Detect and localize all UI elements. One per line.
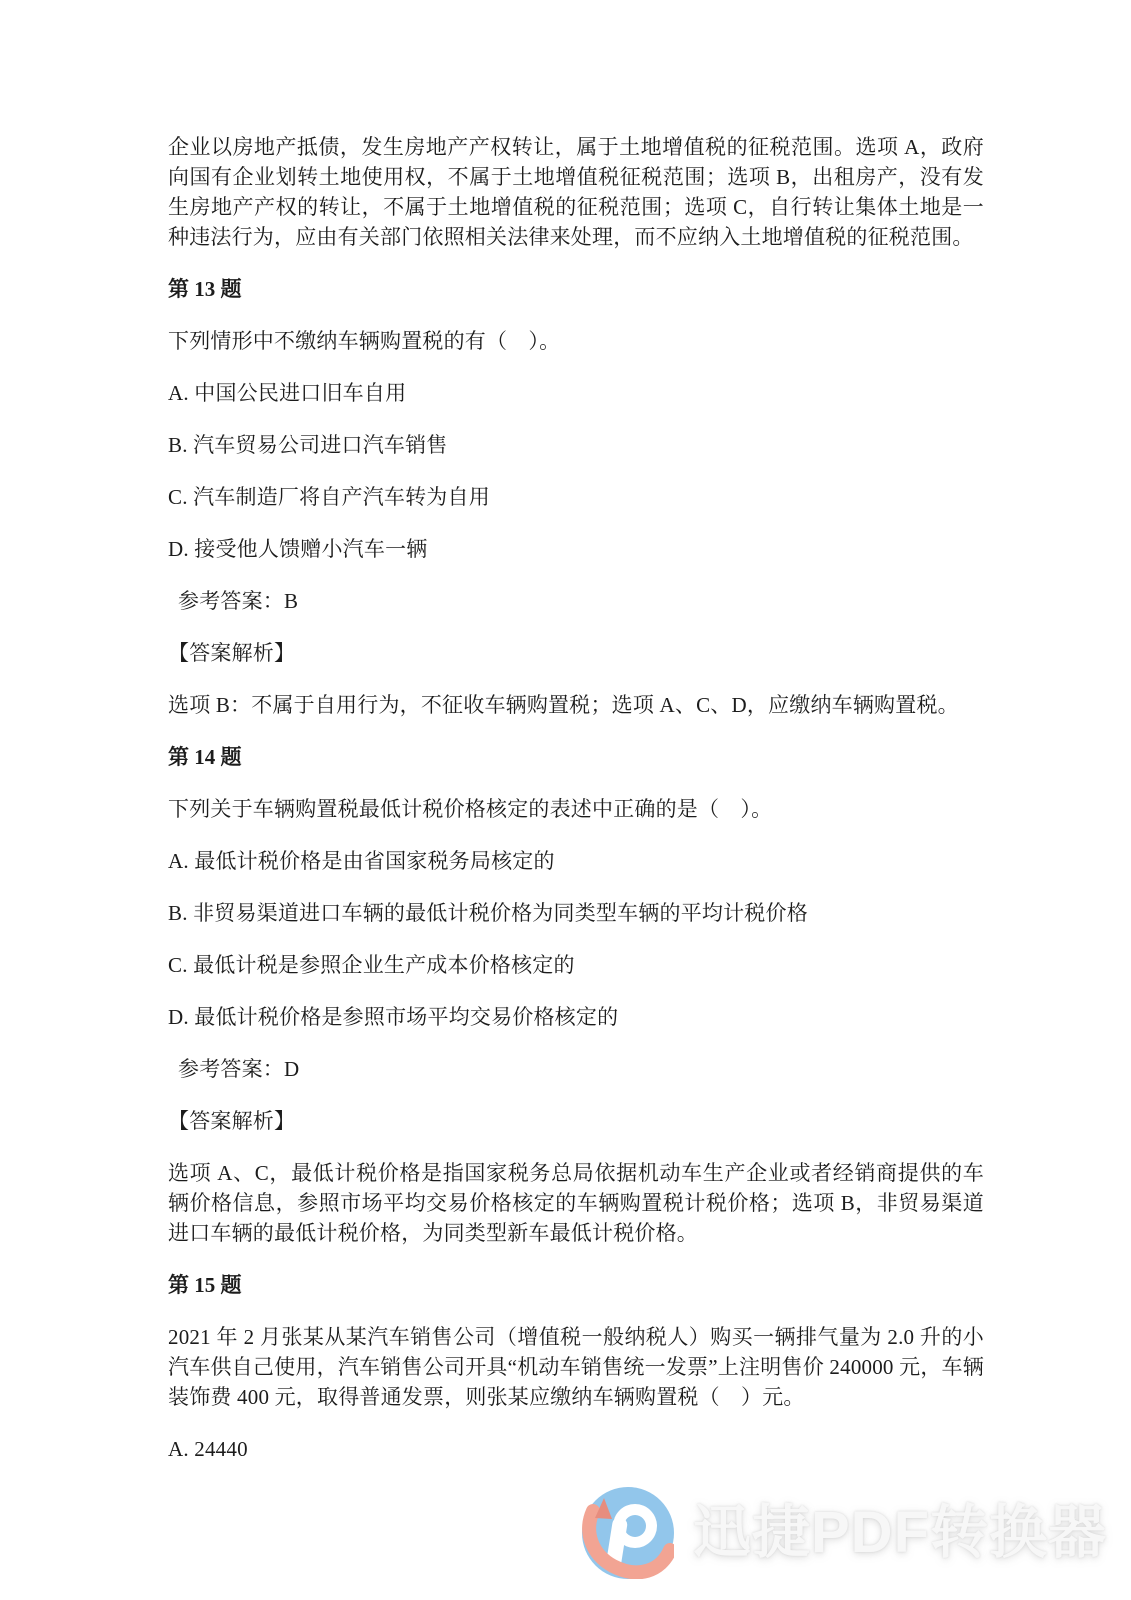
question-14-analysis-header: 【答案解析】: [168, 1106, 984, 1136]
question-15-number: 第 15 题: [168, 1270, 984, 1300]
question-13-analysis-text: 选项 B：不属于自用行为，不征收车辆购置税；选项 A、C、D，应缴纳车辆购置税。: [168, 690, 984, 720]
question-14-option-b: B. 非贸易渠道进口车辆的最低计税价格为同类型车辆的平均计税价格: [168, 898, 984, 928]
question-13-analysis-header: 【答案解析】: [168, 638, 984, 668]
prev-question-analysis-text: 企业以房地产抵债，发生房地产产权转让，属于土地增值税的征税范围。选项 A，政府向…: [168, 132, 984, 252]
question-14-number: 第 14 题: [168, 742, 984, 772]
question-14-analysis-text: 选项 A、C，最低计税价格是指国家税务总局依据机动车生产企业或者经销商提供的车辆…: [168, 1158, 984, 1248]
document-page: 企业以房地产抵债，发生房地产产权转让，属于土地增值税的征税范围。选项 A，政府向…: [0, 0, 1131, 1600]
question-14-stem: 下列关于车辆购置税最低计税价格核定的表述中正确的是（ ）。: [168, 794, 984, 824]
question-13-number: 第 13 题: [168, 274, 984, 304]
question-15-stem: 2021 年 2 月张某从某汽车销售公司（增值税一般纳税人）购买一辆排气量为 2…: [168, 1322, 984, 1412]
watermark: 迅捷PDF转换器: [582, 1487, 1107, 1579]
question-14-option-d: D. 最低计税价格是参照市场平均交易价格核定的: [168, 1002, 984, 1032]
question-14-reference-answer: 参考答案：D: [168, 1054, 984, 1084]
pdf-converter-logo-icon: [582, 1487, 674, 1579]
question-14-option-c: C. 最低计税是参照企业生产成本价格核定的: [168, 950, 984, 980]
question-15-option-a: A. 24440: [168, 1434, 984, 1464]
question-13-option-c: C. 汽车制造厂将自产汽车转为自用: [168, 482, 984, 512]
watermark-text: 迅捷PDF转换器: [693, 1487, 1107, 1579]
question-14-option-a: A. 最低计税价格是由省国家税务局核定的: [168, 846, 984, 876]
question-13-option-b: B. 汽车贸易公司进口汽车销售: [168, 430, 984, 460]
question-13-option-d: D. 接受他人馈赠小汽车一辆: [168, 534, 984, 564]
document-content: 企业以房地产抵债，发生房地产产权转让，属于土地增值税的征税范围。选项 A，政府向…: [168, 132, 984, 1486]
question-13-stem: 下列情形中不缴纳车辆购置税的有（ ）。: [168, 326, 984, 356]
question-13-option-a: A. 中国公民进口旧车自用: [168, 378, 984, 408]
question-13-reference-answer: 参考答案：B: [168, 586, 984, 616]
